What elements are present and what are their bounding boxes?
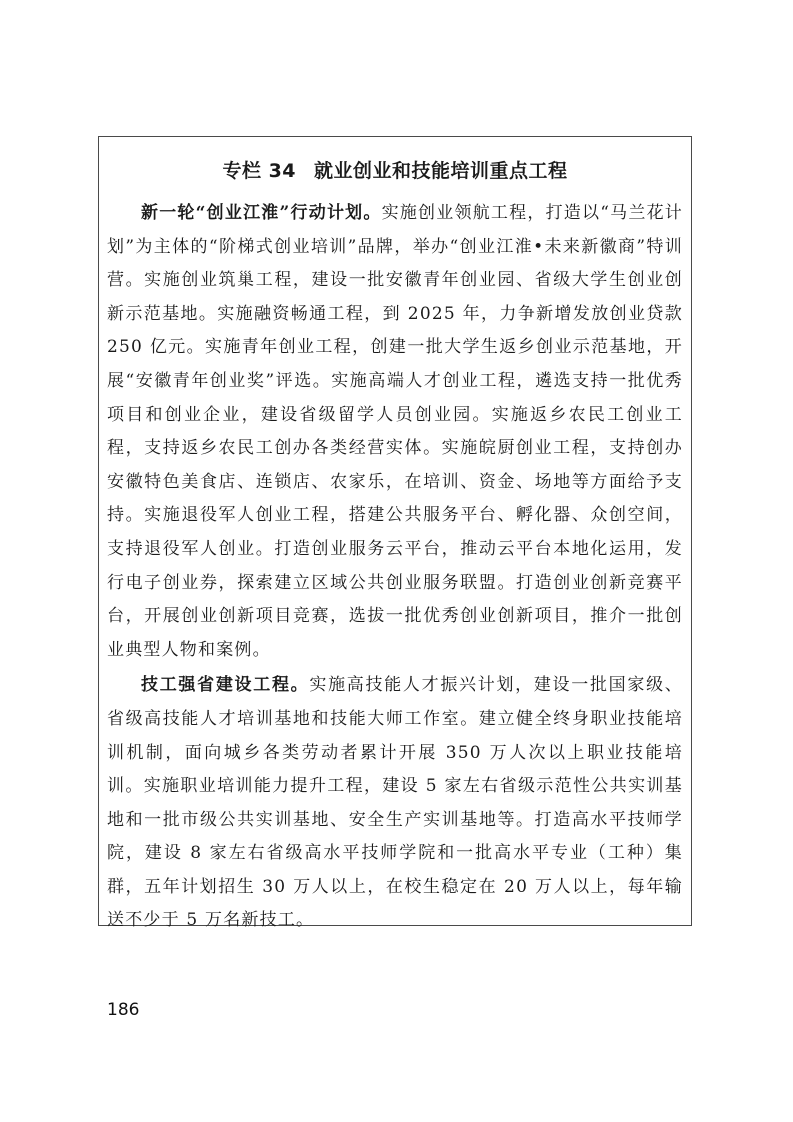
section-heading: 新一轮“创业江淮”行动计划。 bbox=[141, 203, 382, 223]
column-number: 专栏 34 bbox=[222, 160, 296, 182]
section-skilled-workers: 技工强省建设工程。实施高技能人才振兴计划，建设一批国家级、省级高技能人才培训基地… bbox=[107, 669, 683, 938]
section-body: 实施创业领航工程，打造以“马兰花计划”为主体的“阶梯式创业培训”品牌，举办“创业… bbox=[107, 203, 683, 660]
column-title-text: 就业创业和技能培训重点工程 bbox=[314, 160, 568, 182]
column-title: 专栏 34就业创业和技能培训重点工程 bbox=[107, 157, 683, 185]
section-entrepreneurship: 新一轮“创业江淮”行动计划。实施创业领航工程，打造以“马兰花计划”为主体的“阶梯… bbox=[107, 197, 683, 667]
column-box: 专栏 34就业创业和技能培训重点工程 新一轮“创业江淮”行动计划。实施创业领航工… bbox=[98, 136, 692, 926]
page-number: 186 bbox=[107, 1000, 139, 1020]
section-heading: 技工强省建设工程。 bbox=[141, 675, 309, 695]
section-body: 实施高技能人才振兴计划，建设一批国家级、省级高技能人才培训基地和技能大师工作室。… bbox=[107, 675, 683, 930]
